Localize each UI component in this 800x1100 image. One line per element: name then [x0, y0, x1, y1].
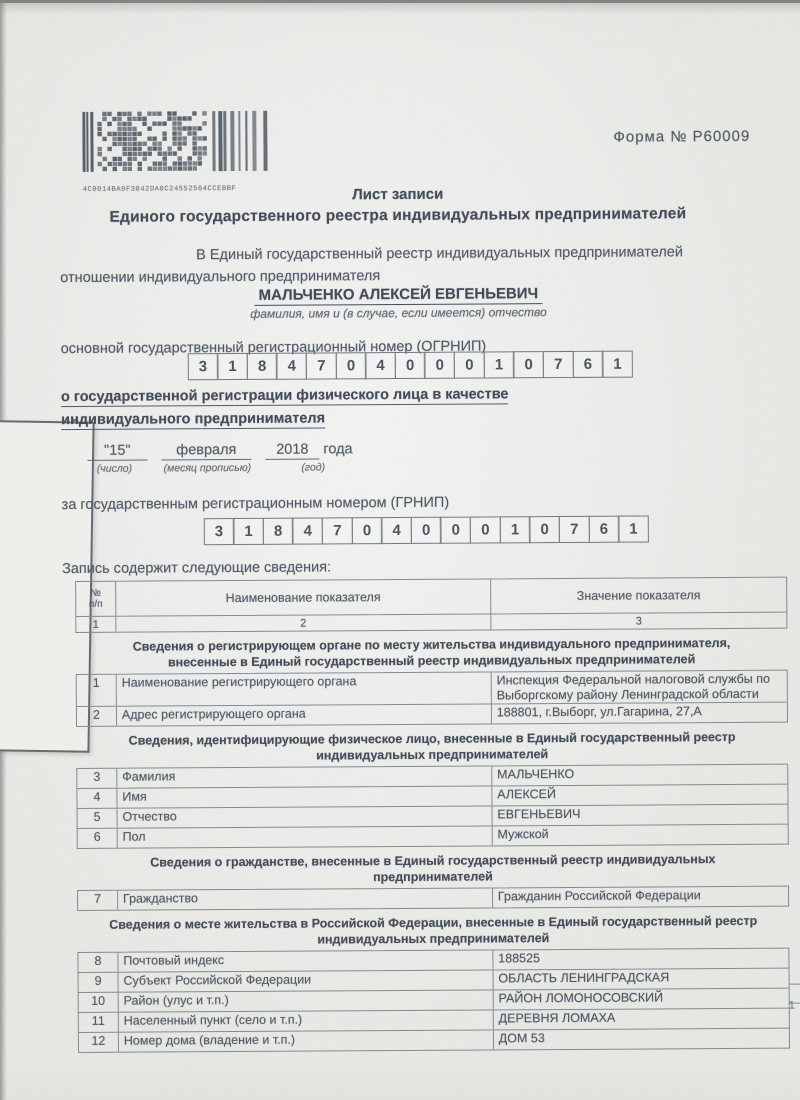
date-year-suffix: года	[323, 441, 352, 457]
digit-cell: 6	[588, 516, 619, 543]
digit-cell: 1	[217, 353, 248, 380]
header-value: Значение показателя	[491, 578, 786, 614]
grnip-digit-boxes: 3 1 8 4 7 0 4 0 0 0 1 0 7 6 1	[205, 515, 649, 545]
registration-date: "15" февраля 2018 года	[87, 441, 352, 461]
name-caption: фамилия, имя и (в случае, если имеется) …	[0, 304, 799, 323]
year-caption: (год)	[283, 461, 343, 473]
document-content: 4C0014BA9F3042DA0C24552564CCEBBF Форма №…	[0, 0, 800, 1100]
ogrnip-digit-boxes: 3 1 8 4 7 0 4 0 0 0 1 0 7 6 1	[189, 351, 633, 381]
digit-cell: 7	[543, 351, 574, 378]
digit-cell: 7	[306, 352, 337, 379]
intro-line2: отношении индивидуального предпринимател…	[60, 268, 380, 286]
digit-cell: 0	[395, 352, 426, 379]
digit-cell: 7	[322, 517, 353, 544]
date-day: "15"	[87, 443, 147, 461]
form-number-label: Форма № Р60009	[613, 128, 750, 146]
scan-artifact-line	[789, 984, 800, 985]
table-row: 12 Номер дома (владение и т.п.) ДОМ 53	[78, 1029, 790, 1053]
digit-cell: 1	[602, 351, 633, 378]
section-heading: Сведения, идентифицирующие физическое ли…	[76, 723, 788, 768]
table-header-row: №п/п Наименование показателя Значение по…	[75, 577, 787, 617]
digit-cell: 8	[247, 353, 278, 380]
page-number: 1	[789, 1000, 795, 1012]
digit-cell: 4	[276, 353, 307, 380]
digit-cell: 0	[529, 516, 560, 543]
digit-cell: 0	[335, 352, 366, 379]
digit-cell: 3	[187, 353, 218, 380]
digit-cell: 0	[454, 351, 485, 378]
header-name: Наименование показателя	[116, 579, 491, 615]
day-caption: (число)	[79, 463, 149, 475]
month-caption: (месяц прописью)	[152, 462, 262, 475]
table-row: 1 Наименование регистрирующего органа Ин…	[76, 670, 788, 707]
document-title-line1: Лист записи	[0, 184, 798, 206]
registration-statement-line1: о государственной регистрации физическог…	[61, 386, 509, 407]
date-captions: (число) (месяц прописью) (год)	[79, 461, 343, 475]
document-title-line2: Единого государственного реестра индивид…	[0, 205, 798, 228]
registration-statement-line2: индивидуального предпринимателя	[61, 410, 325, 430]
digit-cell: 0	[440, 517, 471, 544]
section-heading: Сведения о гражданстве, внесенные в Един…	[77, 845, 789, 890]
digit-cell: 4	[381, 517, 412, 544]
intro-line1: В Единый государственный реестр индивиду…	[196, 244, 683, 263]
digit-cell: 0	[424, 352, 455, 379]
datamatrix-barcode	[82, 109, 267, 183]
digit-cell: 1	[233, 518, 264, 545]
section-heading: Сведения о месте жительства в Российской…	[77, 907, 789, 952]
digit-cell: 0	[470, 516, 501, 543]
digit-cell: 0	[513, 351, 544, 378]
digit-cell: 3	[203, 518, 234, 545]
entrepreneur-name: МАЛЬЧЕНКО АЛЕКСЕЙ ЕВГЕНЬЕВИЧ	[0, 284, 798, 306]
digit-cell: 1	[499, 516, 530, 543]
digit-cell: 0	[411, 517, 442, 544]
record-intro: Запись содержит следующие сведения:	[62, 559, 331, 577]
date-month: февраля	[161, 442, 251, 461]
digit-cell: 8	[263, 518, 294, 545]
section-heading: Сведения о регистрирующем органе по мест…	[75, 629, 787, 674]
record-table: №п/п Наименование показателя Значение по…	[75, 577, 790, 1053]
digit-cell: 1	[483, 351, 514, 378]
date-year: 2018	[265, 441, 319, 459]
digit-cell: 1	[618, 515, 649, 542]
digit-cell: 6	[572, 351, 603, 378]
digit-cell: 4	[365, 352, 396, 379]
digit-cell: 7	[559, 516, 590, 543]
digit-cell: 4	[292, 517, 323, 544]
digit-cell: 0	[351, 517, 382, 544]
header-num: №п/п	[76, 582, 116, 616]
grnip-label: за государственным регистрационным номер…	[62, 495, 450, 513]
